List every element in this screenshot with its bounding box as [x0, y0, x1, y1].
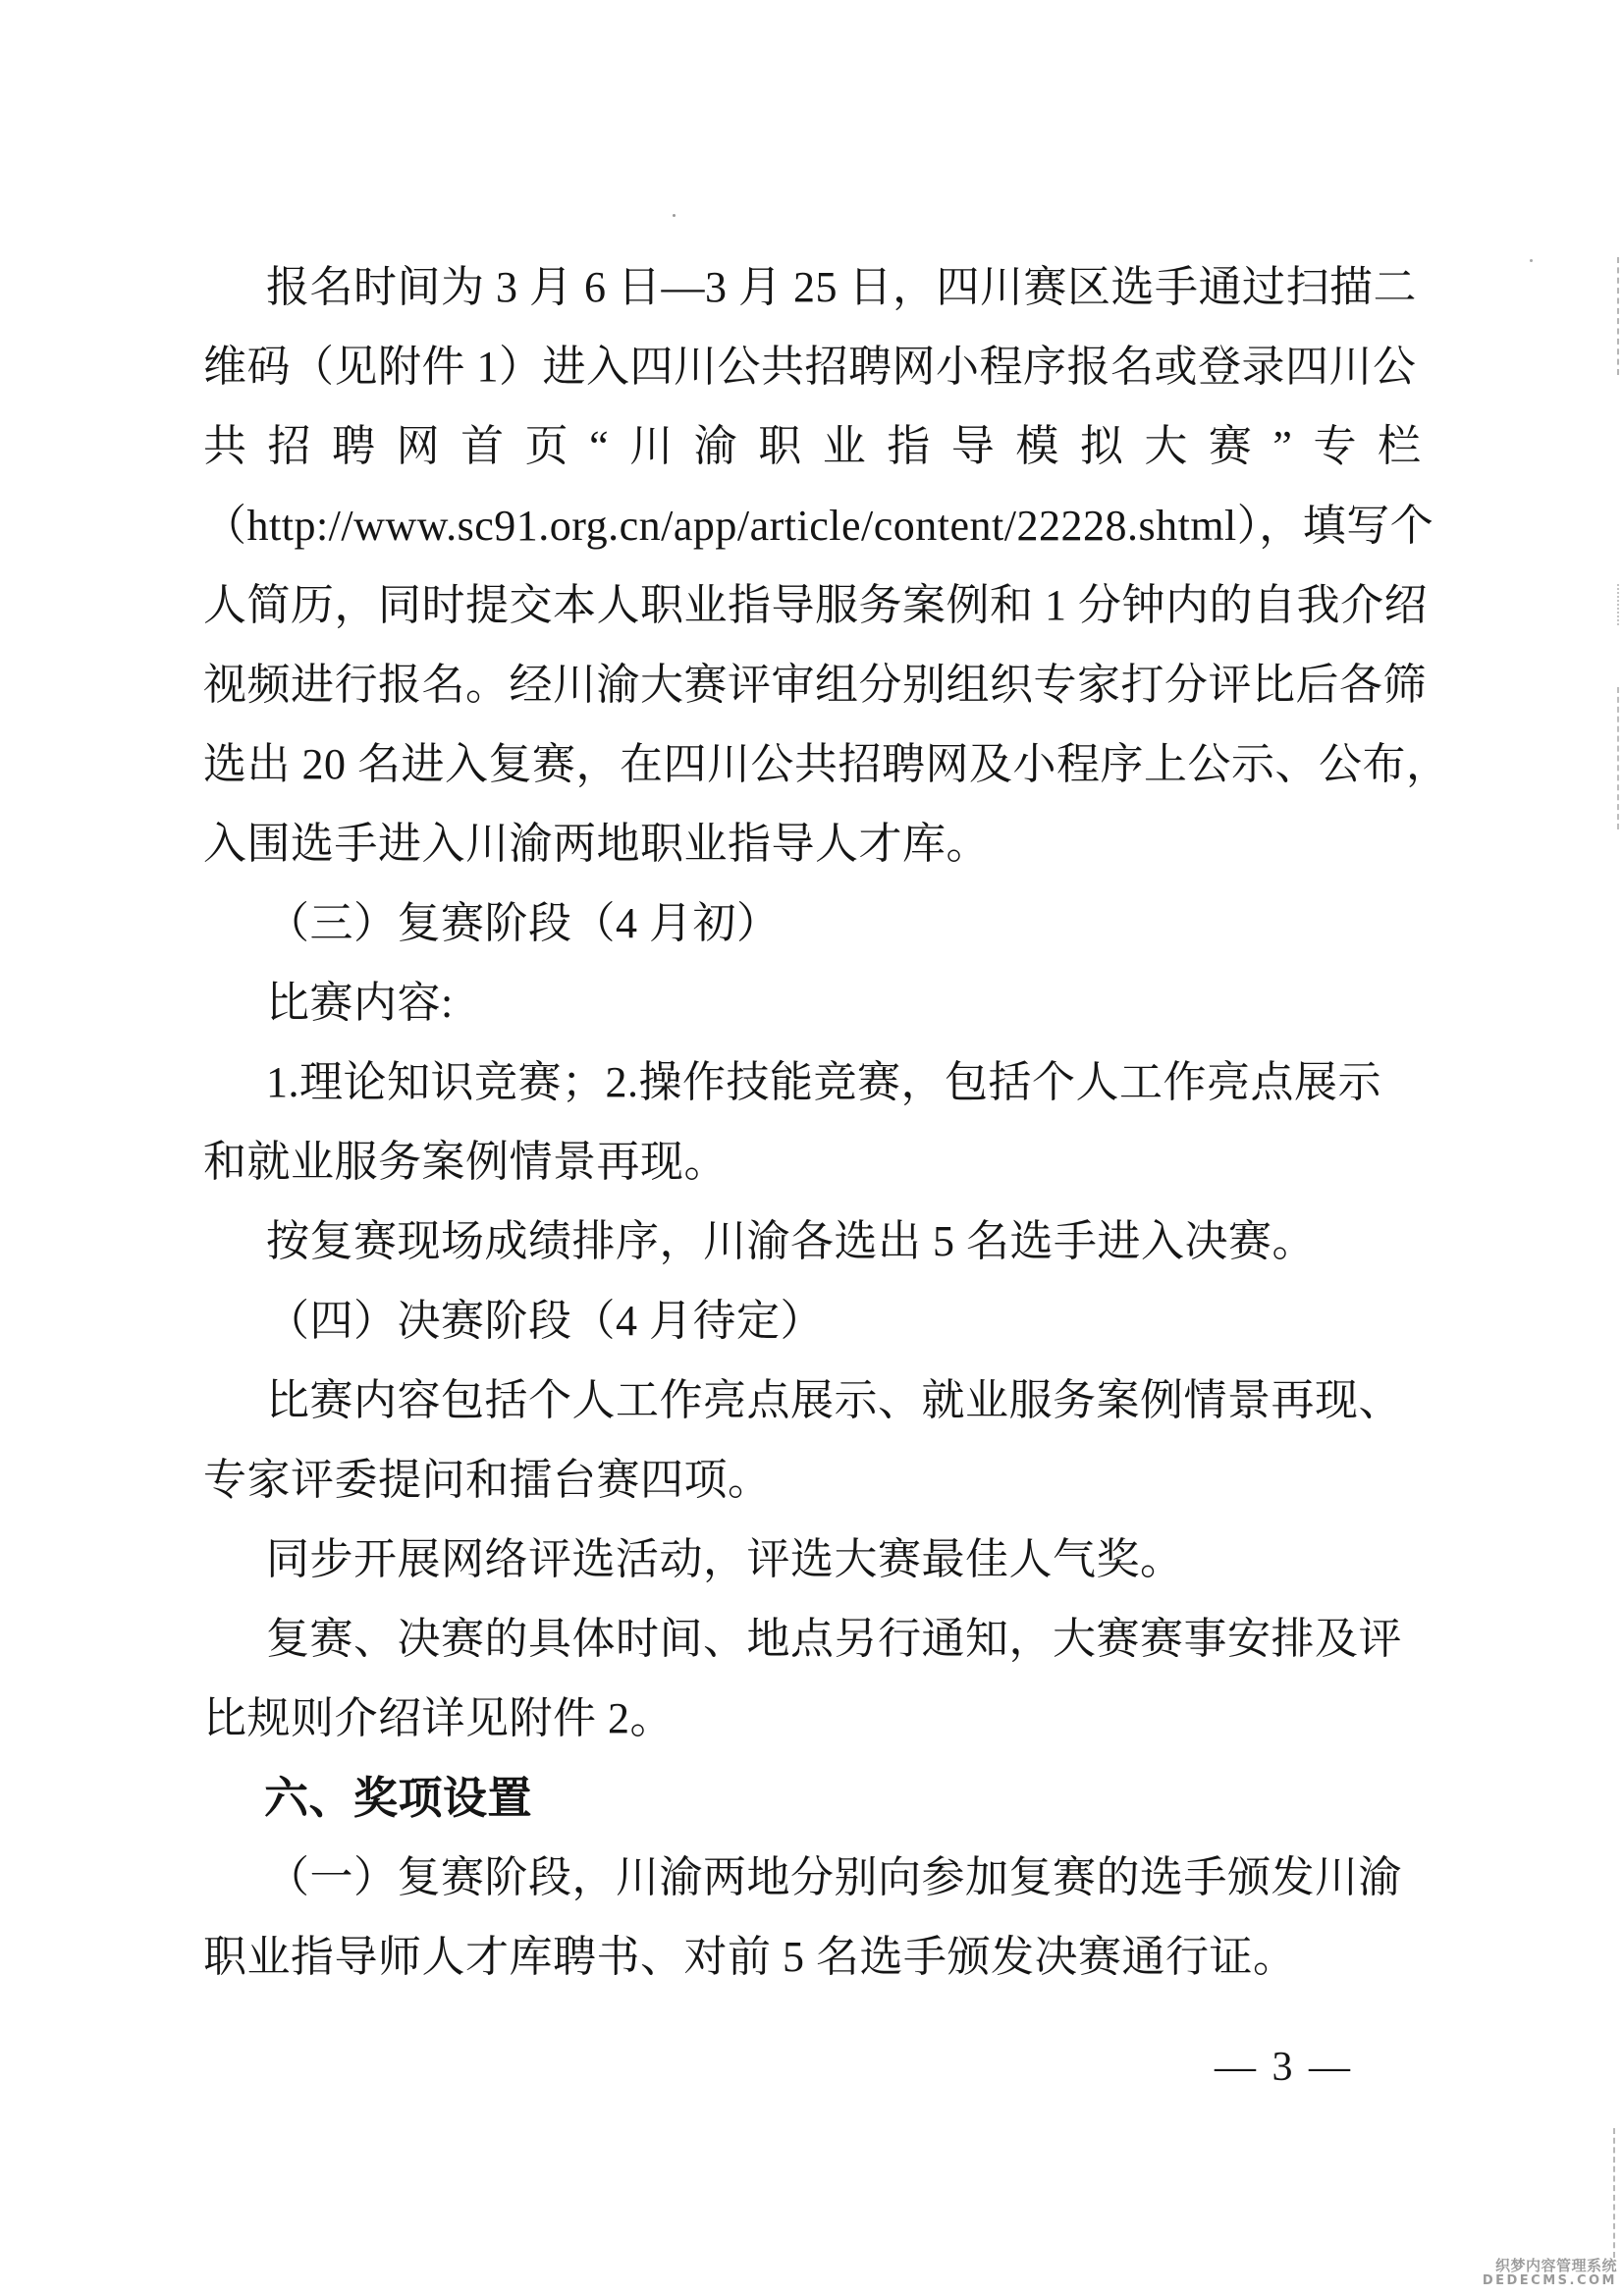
document-line: 选出 20 名进入复赛，在四川公共招聘网及小程序上公示、公布，: [203, 724, 1421, 804]
document-line: 视频进行报名。经川渝大赛评审组分别组织专家打分评比后各筛: [203, 645, 1421, 724]
document-line: 复赛、决赛的具体时间、地点另行通知，大赛赛事安排及评: [203, 1599, 1421, 1679]
document-line: 共招聘网首页“川渝职业指导模拟大赛”专栏: [203, 406, 1421, 486]
document-line: （一）复赛阶段，川渝两地分别向参加复赛的选手颁发川渝: [203, 1838, 1421, 1917]
document-line: 人简历，同时提交本人职业指导服务案例和 1 分钟内的自我介绍: [203, 565, 1421, 645]
document-line: （四）决赛阶段（4 月待定）: [203, 1281, 1421, 1361]
page-canvas: { "colors": { "body_text": "#151515", "w…: [0, 0, 1623, 2296]
scan-artifact: [1530, 259, 1533, 262]
document-line: 职业指导师人才库聘书、对前 5 名选手颁发决赛通行证。: [203, 1917, 1421, 1997]
document-line: 和就业服务案例情景再现。: [203, 1122, 1421, 1201]
scan-artifact: [673, 214, 676, 217]
document-line: 1.理论知识竞赛；2.操作技能竞赛，包括个人工作亮点展示: [203, 1042, 1421, 1122]
document-line: （http://www.sc91.org.cn/app/article/cont…: [203, 486, 1421, 565]
document-line: 专家评委提问和擂台赛四项。: [203, 1440, 1421, 1520]
scan-artifact: [1617, 584, 1619, 625]
scan-artifact: [1613, 2128, 1615, 2258]
document-line: 入围选手进入川渝两地职业指导人才库。: [203, 804, 1421, 883]
document-line: 比赛内容包括个人工作亮点展示、就业服务案例情景再现、: [203, 1361, 1421, 1440]
document-line: 维码（见附件 1）进入四川公共招聘网小程序报名或登录四川公: [203, 327, 1421, 406]
scan-artifact: [1617, 687, 1619, 829]
document-line: 同步开展网络评选活动，评选大赛最佳人气奖。: [203, 1520, 1421, 1599]
document-line: （三）复赛阶段（4 月初）: [203, 883, 1421, 963]
page-number: — 3 —: [1215, 2044, 1353, 2091]
document-line: 比赛内容:: [203, 963, 1421, 1042]
document-line: 按复赛现场成绩排序，川渝各选出 5 名选手进入决赛。: [203, 1201, 1421, 1281]
document-line: 比规则介绍详见附件 2。: [203, 1679, 1421, 1758]
document-line: 报名时间为 3 月 6 日—3 月 25 日，四川赛区选手通过扫描二: [203, 247, 1421, 327]
cms-watermark-en: DEDECMS.COM: [1483, 2274, 1617, 2288]
document-body-text: 报名时间为 3 月 6 日—3 月 25 日，四川赛区选手通过扫描二 维码（见附…: [203, 247, 1421, 1997]
section-heading: 六、奖项设置: [203, 1758, 1421, 1838]
scan-artifact: [1617, 257, 1619, 375]
cms-watermark: 织梦内容管理系统 DEDECMS.COM: [1483, 2258, 1617, 2288]
cms-watermark-cn: 织梦内容管理系统: [1483, 2258, 1617, 2274]
